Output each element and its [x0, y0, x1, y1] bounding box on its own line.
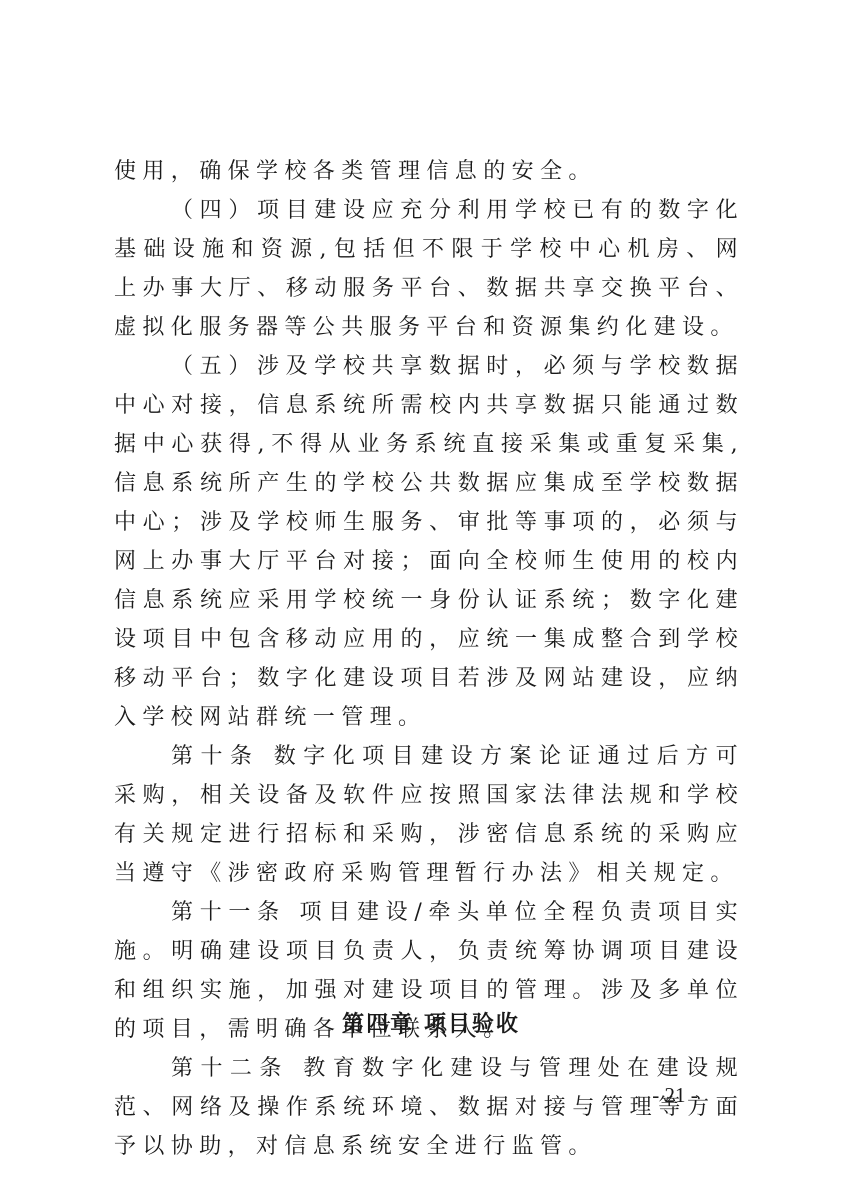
- chapter-heading: 第四章 项目验收: [0, 1008, 850, 1042]
- page-number: - 21 -: [630, 1082, 720, 1108]
- paragraph-article-10: 第十条 数字化项目建设方案论证通过后方可采购，相关设备及软件应按照国家法律法规和…: [114, 737, 744, 893]
- paragraph-item-5: （五）涉及学校共享数据时，必须与学校数据中心对接，信息系统所需校内共享数据只能通…: [114, 347, 744, 737]
- paragraph-security-end: 使用，确保学校各类管理信息的安全。: [114, 152, 744, 191]
- document-page: 使用，确保学校各类管理信息的安全。 （四）项目建设应充分利用学校已有的数字化基础…: [0, 0, 850, 1202]
- paragraph-item-4: （四）项目建设应充分利用学校已有的数字化基础设施和资源,包括但不限于学校中心机房…: [114, 191, 744, 347]
